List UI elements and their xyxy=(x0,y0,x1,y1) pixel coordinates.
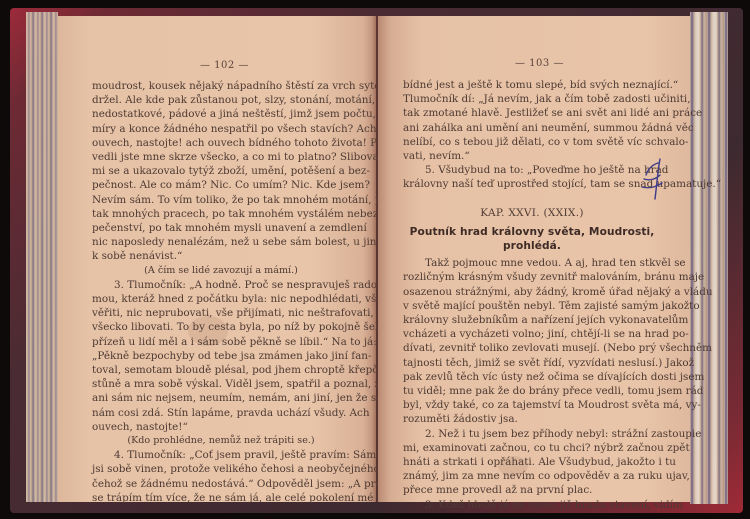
text-line: mi se a ukazovalo tytýž zboží, umění, po… xyxy=(92,164,350,178)
text-line: pečenství, po tak mnohém mysli unavení a… xyxy=(92,221,350,235)
text-line: rozuměti žádostiv jsa. xyxy=(403,412,661,426)
page-number-right: — 103 — xyxy=(515,58,564,69)
text-line: držel. Ale kde pak zůstanou pot, slzy, s… xyxy=(92,93,350,107)
page-edges-left xyxy=(26,12,58,502)
text-line: moudrost, kousek nějaký nápadního štěstí… xyxy=(92,79,350,93)
text-line: vedli jste mne skrze všecko, a co mi to … xyxy=(92,150,350,164)
chapter-title: Poutník hrad královny světa, Moudrosti, … xyxy=(403,225,661,253)
text-line: nelíbí, co s tebou již dělati, co v tom … xyxy=(403,135,661,149)
text-line: „Pěkně bezpochyby od tebe jsa zmámen jak… xyxy=(92,349,350,363)
text-line: všecko libovati. To by cesta byla, po ní… xyxy=(92,320,350,334)
text-line: Nevím sám. To vím toliko, že po tak mnoh… xyxy=(92,193,350,207)
text-line: ani sám nic nejsem, neumím, nemám, ani j… xyxy=(92,391,350,405)
text-line: 3. Kdež hledě já na samo již hradu stave… xyxy=(403,498,661,512)
text-line: Takž pojmouc mne vedou. A aj, hrad ten s… xyxy=(403,256,661,270)
text-line: nám cosi zdá. Stín lapáme, pravda uchází… xyxy=(92,406,350,420)
text-line: byl, vždy také, co za tajemství ta Moudr… xyxy=(403,398,661,412)
marginal-caption: (A čím se lidé zavozují a mámí.) xyxy=(92,264,350,278)
text-line: 5. Všudybud na to: „Poveďme ho ještě na … xyxy=(403,163,661,177)
text-line: toval, semotam bloudě plésal, pod jhem c… xyxy=(92,363,350,377)
marginal-caption: (Kdo prohlédne, nemůž než trápiti se.) xyxy=(92,434,350,448)
text-line: 3. Tlumočník: „A hodně. Proč se nespravu… xyxy=(92,278,350,292)
text-line: nedostatkové, pádové a jiná neštěstí, ji… xyxy=(92,107,350,121)
text-line: v světě mající pouštěn nebyl. Těm zajist… xyxy=(403,299,661,313)
left-page-text: moudrost, kousek nějaký nápadního štěstí… xyxy=(92,79,350,505)
text-line: tajnosti těch, jimiž se svět řídí, vyzví… xyxy=(403,356,661,370)
text-line: pak zevlů těch víc ústy než očima se dív… xyxy=(403,370,661,384)
text-line: Tlumočník dí: „Já nevím, jak a čím tobě … xyxy=(403,92,661,106)
text-line: ani zahálka ani umění ani neumění, summo… xyxy=(403,121,661,135)
text-line: nic naposledy nenalézám, než u sebe sám … xyxy=(92,235,350,249)
text-line: rozličným krásným všudy zevnitř malování… xyxy=(403,270,661,284)
handwritten-pen-mark-icon xyxy=(640,157,666,201)
text-line: známý, jim za mne nevím co odpověděv a z… xyxy=(403,469,661,483)
text-line: královny naší teď uprostřed stojící, tam… xyxy=(403,177,661,191)
text-line: věřiti, nic neprubovati, vše přijímati, … xyxy=(92,306,350,320)
text-line: pečnost. Ale co mám? Nic. Co umím? Nic. … xyxy=(92,178,350,192)
text-line: mi, examinovati začnou, co tu chci? nýbr… xyxy=(403,441,661,455)
text-line: vcházeti a vycházeti volno; jiní, chtějí… xyxy=(403,327,661,341)
text-line: ouvech, nastojte! ach ouvech bídného toh… xyxy=(92,136,350,150)
text-line: královny služebníkům a nařízení jejích v… xyxy=(403,313,661,327)
text-line: 2. Než i tu jsem bez příhody nebyl: strá… xyxy=(403,427,661,441)
text-line: tu viděl; mne pak že do brány přece vedl… xyxy=(403,384,661,398)
page-number-left: — 102 — xyxy=(200,60,249,71)
text-line: k sobě nenávist.“ xyxy=(92,249,350,263)
text-line: bídné jest a ještě k tomu slepé, bíd svý… xyxy=(403,78,661,92)
chapter-number: KAP. XXVI. (XXIX.) xyxy=(403,206,661,220)
text-line: hnáti a strkati i opřáhati. Ale Všudybud… xyxy=(403,455,661,469)
right-page-text: bídné jest a ještě k tomu slepé, bíd svý… xyxy=(403,78,661,512)
text-line: tak zmotané hlavě. Jestližeť se ani svět… xyxy=(403,106,661,120)
text-line: vati, nevím.“ xyxy=(403,149,661,163)
text-line: mou, kteráž hned z počátku byla: nic nep… xyxy=(92,292,350,306)
text-line: osazenou strážnými, aby žádný, kromě úřa… xyxy=(403,285,661,299)
text-line: přízeň u lidí měl a i sám sobě pěkně se … xyxy=(92,335,350,349)
text-line: dívati, zevnitř toliko zevlovati musejí.… xyxy=(403,341,661,355)
text-line: 4. Tlumočník: „Coť jsem pravil, ještě pr… xyxy=(92,448,350,462)
text-line: čehož se žádnému nedostává.“ Odpověděl j… xyxy=(92,477,350,491)
text-line: stůně a mra sobě výskal. Viděl jsem, spa… xyxy=(92,377,350,391)
text-line: přece mne provedl až na první plac. xyxy=(403,483,661,497)
text-line: se trápím tím více, že ne sám já, ale ce… xyxy=(92,491,350,505)
text-line: jsi sobě vinen, protože velikého čehosi … xyxy=(92,462,350,476)
text-line: míry a konce žádného nespatřil po všech … xyxy=(92,122,350,136)
text-line: tak mnohých pracech, po tak mnohém vystá… xyxy=(92,207,350,221)
text-line: ouvech, nastojte!“ xyxy=(92,420,350,434)
